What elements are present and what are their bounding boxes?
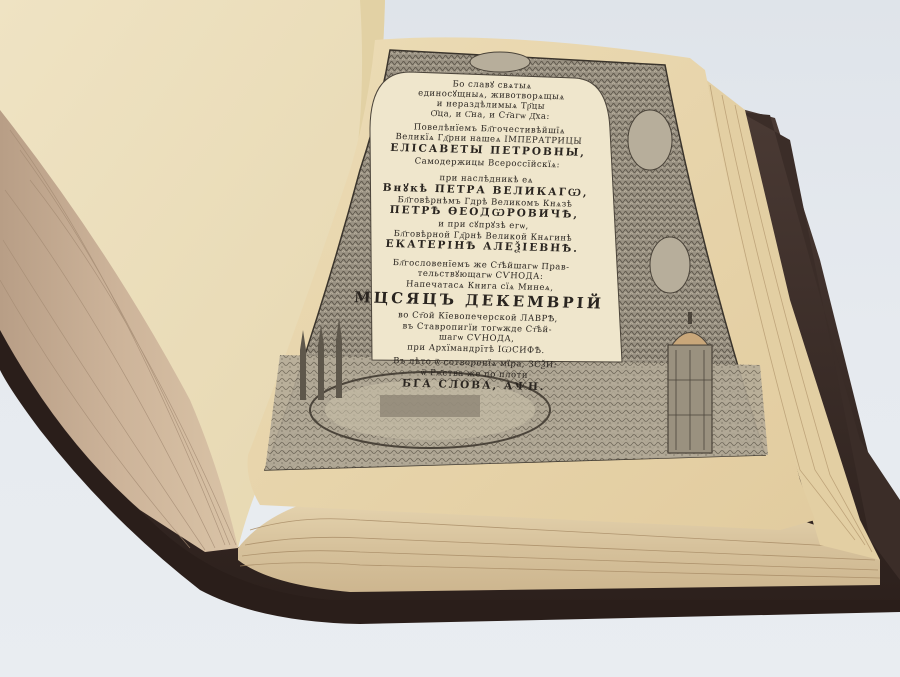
title-text: Бо славꙋ свѧтыѧ единосꙋщныѧ, животворѧщы…: [344, 70, 624, 369]
book-photo: Бо славꙋ свѧтыѧ единосꙋщныѧ, животворѧщы…: [0, 0, 900, 677]
saint-figure-icon: [628, 110, 672, 170]
saint-figure-icon: [650, 237, 690, 293]
trinity-icon: [470, 52, 530, 72]
